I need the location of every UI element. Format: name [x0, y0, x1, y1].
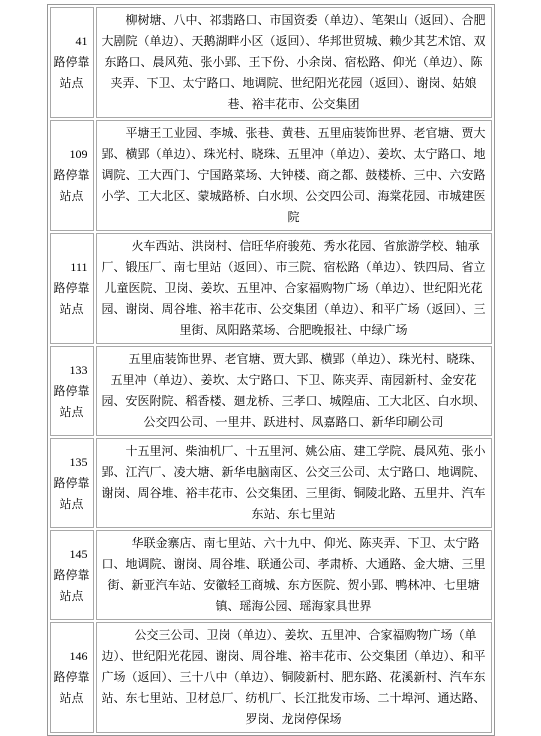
stops-cell: 柳树塘、八中、祁翡路口、市国资委（单边）、笔架山（返回）、合肥大剧院（单边）、天… [96, 7, 492, 118]
route-header-cell: 145 路停靠站点 [50, 530, 94, 620]
stops-text: 火车西站、洪岗村、信旺华府骏苑、秀水花园、省旅游学校、轴承厂、锻压厂、南七里站（… [100, 236, 488, 341]
route-label: 路停靠站点 [52, 473, 92, 515]
route-row-145: 145 路停靠站点 华联金寨店、南七里站、六十九中、仰光、陈夹弄、下卫、太宁路口… [50, 530, 492, 620]
page: 41 路停靠站点 柳树塘、八中、祁翡路口、市国资委（单边）、笔架山（返回）、合肥… [0, 0, 541, 736]
bus-route-stops-table: 41 路停靠站点 柳树塘、八中、祁翡路口、市国资委（单边）、笔架山（返回）、合肥… [47, 4, 495, 736]
stops-text: 十五里河、柴油机厂、十五里河、姚公庙、建工学院、晨风苑、张小郢、江汽厂、凌大塘、… [100, 441, 488, 525]
stops-text: 柳树塘、八中、祁翡路口、市国资委（单边）、笔架山（返回）、合肥大剧院（单边）、天… [100, 10, 488, 115]
stops-text: 平塘王工业园、李城、张巷、黄巷、五里庙装饰世界、老官塘、贾大郢、横郢（单边）、珠… [100, 123, 488, 228]
route-number: 135 [52, 452, 92, 473]
stops-cell: 五里庙装饰世界、老官塘、贾大郢、横郢（单边）、珠光村、晓珠、五里冲（单边）、姜坎… [96, 346, 492, 436]
route-label: 路停靠站点 [52, 667, 92, 709]
stops-text: 华联金寨店、南七里站、六十九中、仰光、陈夹弄、下卫、太宁路口、地调院、谢岗、周谷… [100, 533, 488, 617]
route-row-41: 41 路停靠站点 柳树塘、八中、祁翡路口、市国资委（单边）、笔架山（返回）、合肥… [50, 7, 492, 118]
stops-cell: 火车西站、洪岗村、信旺华府骏苑、秀水花园、省旅游学校、轴承厂、锻压厂、南七里站（… [96, 233, 492, 344]
stops-cell: 华联金寨店、南七里站、六十九中、仰光、陈夹弄、下卫、太宁路口、地调院、谢岗、周谷… [96, 530, 492, 620]
route-label: 路停靠站点 [52, 165, 92, 207]
route-row-146: 146 路停靠站点 公交三公司、卫岗（单边）、姜坎、五里冲、合家福购物广场（单边… [50, 622, 492, 733]
route-header-cell: 41 路停靠站点 [50, 7, 94, 118]
route-number: 41 [52, 31, 92, 52]
route-label: 路停靠站点 [52, 278, 92, 320]
stops-cell: 十五里河、柴油机厂、十五里河、姚公庙、建工学院、晨风苑、张小郢、江汽厂、凌大塘、… [96, 438, 492, 528]
route-header-cell: 146 路停靠站点 [50, 622, 94, 733]
route-row-133: 133 路停靠站点 五里庙装饰世界、老官塘、贾大郢、横郢（单边）、珠光村、晓珠、… [50, 346, 492, 436]
route-row-111: 111 路停靠站点 火车西站、洪岗村、信旺华府骏苑、秀水花园、省旅游学校、轴承厂… [50, 233, 492, 344]
route-header-cell: 135 路停靠站点 [50, 438, 94, 528]
stops-cell: 平塘王工业园、李城、张巷、黄巷、五里庙装饰世界、老官塘、贾大郢、横郢（单边）、珠… [96, 120, 492, 231]
route-row-135: 135 路停靠站点 十五里河、柴油机厂、十五里河、姚公庙、建工学院、晨风苑、张小… [50, 438, 492, 528]
stops-cell: 公交三公司、卫岗（单边）、姜坎、五里冲、合家福购物广场（单边）、世纪阳光花园、谢… [96, 622, 492, 733]
route-number: 109 [52, 144, 92, 165]
route-header-cell: 133 路停靠站点 [50, 346, 94, 436]
route-number: 145 [52, 544, 92, 565]
stops-text: 公交三公司、卫岗（单边）、姜坎、五里冲、合家福购物广场（单边）、世纪阳光花园、谢… [100, 625, 488, 730]
route-number: 146 [52, 646, 92, 667]
route-header-cell: 109 路停靠站点 [50, 120, 94, 231]
route-label: 路停靠站点 [52, 52, 92, 94]
route-number: 133 [52, 360, 92, 381]
route-header-cell: 111 路停靠站点 [50, 233, 94, 344]
stops-text: 五里庙装饰世界、老官塘、贾大郢、横郢（单边）、珠光村、晓珠、五里冲（单边）、姜坎… [100, 349, 488, 433]
route-label: 路停靠站点 [52, 381, 92, 423]
route-label: 路停靠站点 [52, 565, 92, 607]
route-number: 111 [52, 257, 92, 278]
route-row-109: 109 路停靠站点 平塘王工业园、李城、张巷、黄巷、五里庙装饰世界、老官塘、贾大… [50, 120, 492, 231]
